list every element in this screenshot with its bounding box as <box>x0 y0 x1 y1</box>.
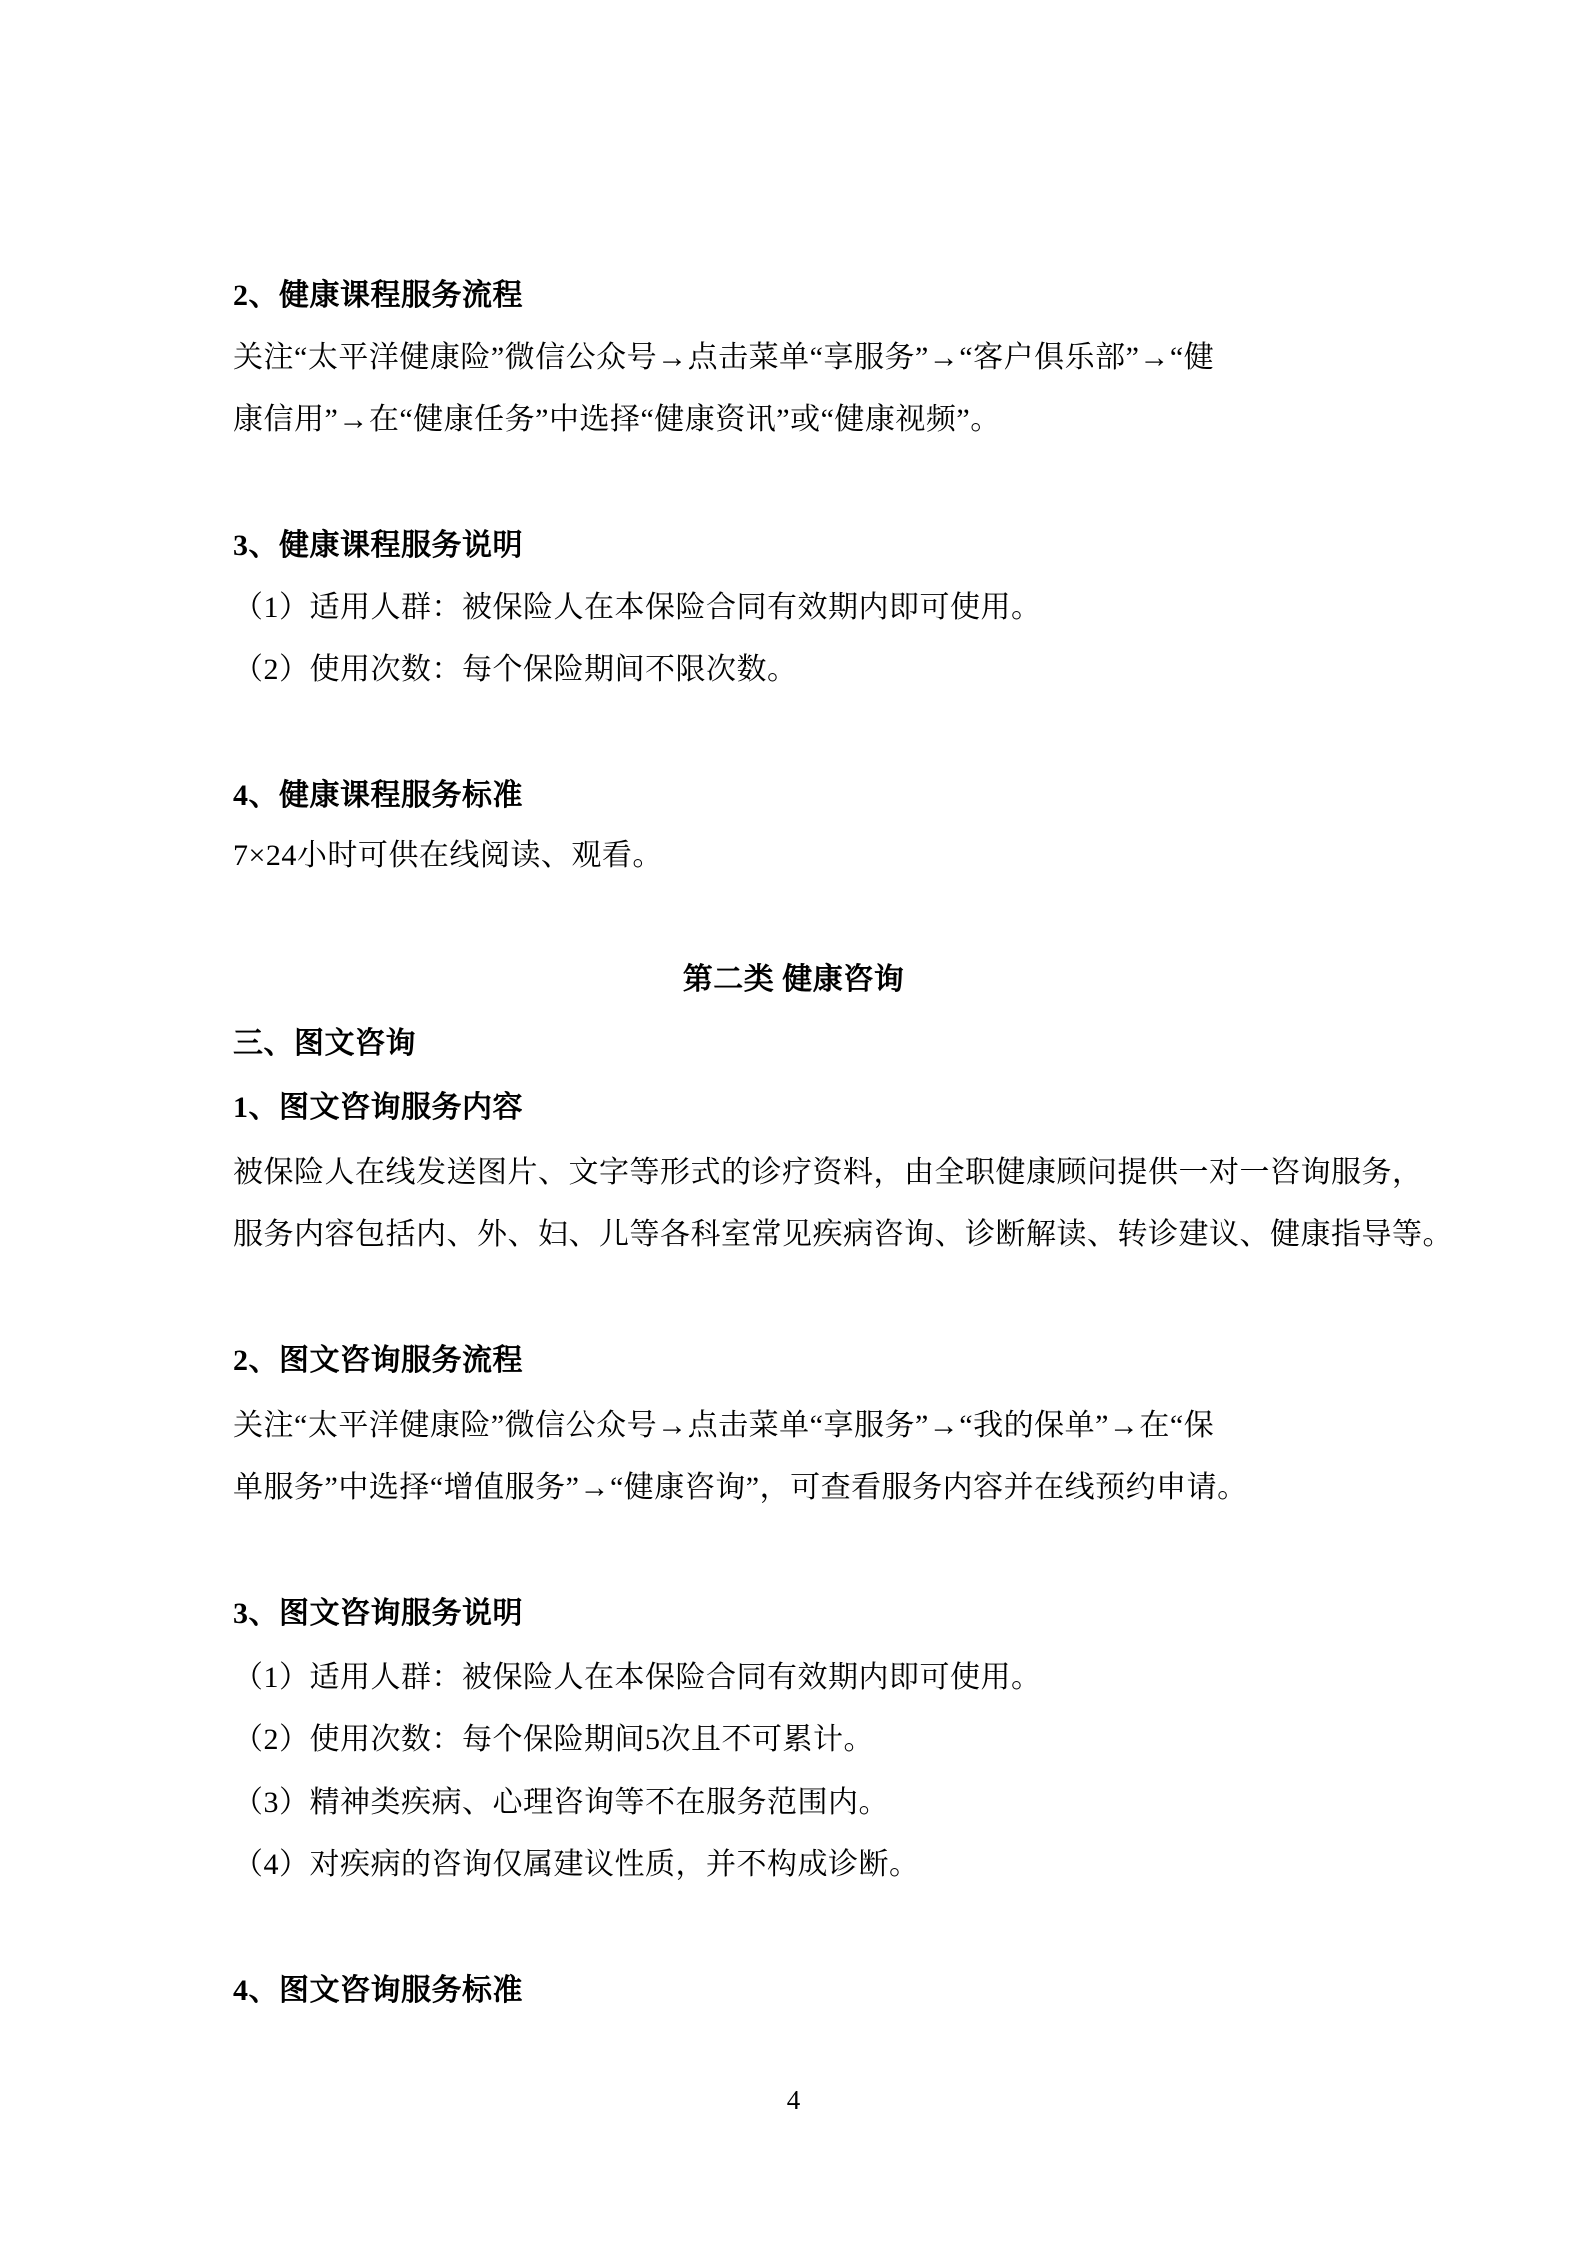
paragraph-image-text-content-line-1: 被保险人在线发送图片、文字等形式的诊疗资料，由全职健康顾问提供一对一咨询服务， <box>233 1155 1423 1191</box>
page-number: 4 <box>0 2085 1587 2115</box>
list-item-image-text-notes-3: （3）精神类疾病、心理咨询等不在服务范围内。 <box>233 1785 889 1821</box>
paragraph-image-text-content-line-2: 服务内容包括内、外、妇、儿等各科室常见疾病咨询、诊断解读、转诊建议、健康指导等。 <box>233 1217 1453 1253</box>
heading-health-course-notes: 3、健康课程服务说明 <box>233 528 523 564</box>
paragraph-course-standard: 7×24小时可供在线阅读、观看。 <box>233 838 663 874</box>
paragraph-course-flow-line-1: 关注“太平洋健康险”微信公众号→点击菜单“享服务”→“客户俱乐部”→“健 <box>233 340 1214 376</box>
paragraph-image-text-flow-line-1: 关注“太平洋健康险”微信公众号→点击菜单“享服务”→“我的保单”→在“保 <box>233 1408 1214 1444</box>
section-title-category-2: 第二类 健康咨询 <box>0 962 1587 998</box>
list-item-course-notes-1: （1）适用人群：被保险人在本保险合同有效期内即可使用。 <box>233 590 1042 626</box>
document-page: 2、健康课程服务流程 关注“太平洋健康险”微信公众号→点击菜单“享服务”→“客户… <box>0 0 1587 2245</box>
list-item-image-text-notes-4: （4）对疾病的咨询仅属建议性质，并不构成诊断。 <box>233 1847 920 1883</box>
list-item-image-text-notes-2: （2）使用次数：每个保险期间5次且不可累计。 <box>233 1722 874 1758</box>
heading-image-text-consult: 三、图文咨询 <box>233 1026 416 1062</box>
list-item-image-text-notes-1: （1）适用人群：被保险人在本保险合同有效期内即可使用。 <box>233 1660 1042 1696</box>
heading-health-course-flow: 2、健康课程服务流程 <box>233 278 523 314</box>
heading-image-text-content: 1、图文咨询服务内容 <box>233 1090 523 1126</box>
list-item-course-notes-2: （2）使用次数：每个保险期间不限次数。 <box>233 652 798 688</box>
paragraph-image-text-flow-line-2: 单服务”中选择“增值服务”→“健康咨询”，可查看服务内容并在线预约申请。 <box>233 1470 1248 1506</box>
heading-image-text-notes: 3、图文咨询服务说明 <box>233 1596 523 1632</box>
heading-image-text-standard: 4、图文咨询服务标准 <box>233 1973 523 2009</box>
heading-image-text-flow: 2、图文咨询服务流程 <box>233 1343 523 1379</box>
heading-health-course-standard: 4、健康课程服务标准 <box>233 778 523 814</box>
paragraph-course-flow-line-2: 康信用”→在“健康任务”中选择“健康资讯”或“健康视频”。 <box>233 402 1001 438</box>
